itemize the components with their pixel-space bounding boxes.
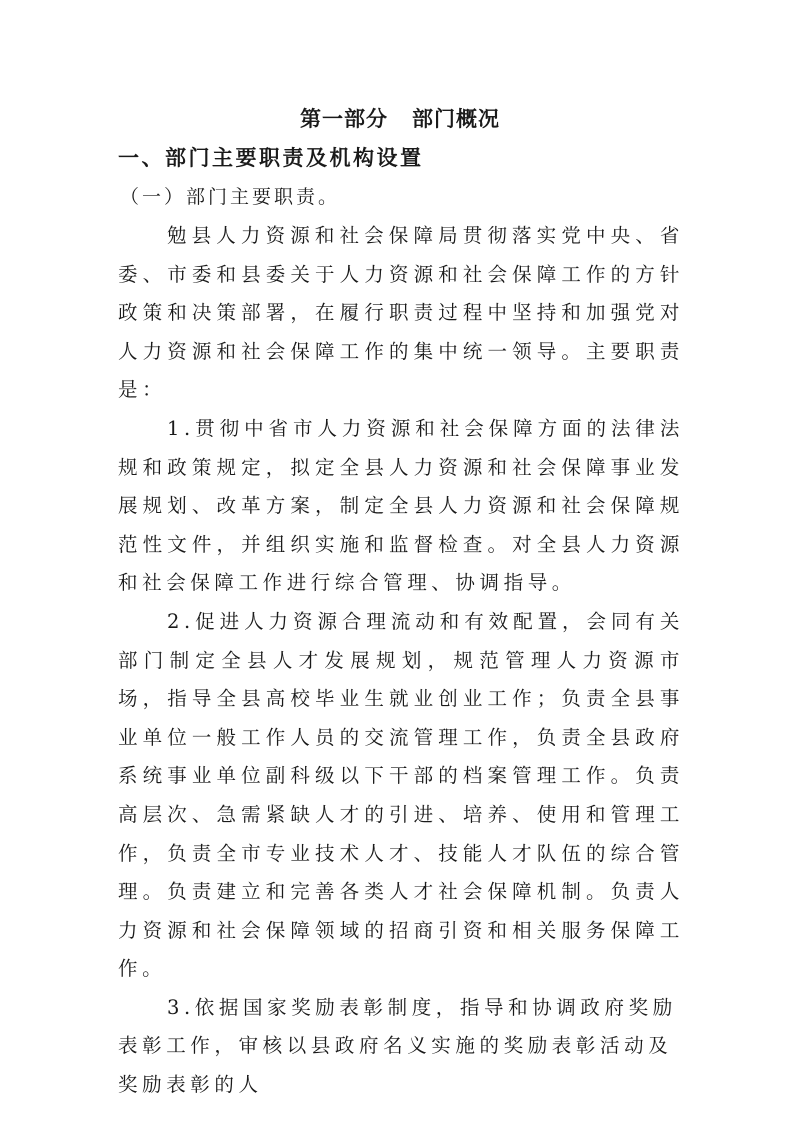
part-title-number: 第一部分	[300, 106, 388, 131]
duty-item-1: 1.贯彻中省市人力资源和社会保障方面的法律法规和政策规定，拟定全县人力资源和社会…	[118, 410, 684, 603]
subsection-heading: （一）部门主要职责。	[118, 178, 684, 217]
part-title: 第一部分部门概况	[116, 100, 684, 138]
duty-item-3: 3.依据国家奖励表彰制度，指导和协调政府奖励表彰工作，审核以县政府名义实施的奖励…	[118, 989, 684, 1105]
duty-item-2: 2.促进人力资源合理流动和有效配置，会同有关部门制定全县人才发展规划，规范管理人…	[118, 603, 684, 989]
intro-paragraph: 勉县人力资源和社会保障局贯彻落实党中央、省委、市委和县委关于人力资源和社会保障工…	[118, 217, 684, 410]
section-heading: 一、部门主要职责及机构设置	[118, 138, 684, 178]
part-title-name: 部门概况	[412, 106, 500, 131]
document-page: 第一部分部门概况 一、部门主要职责及机构设置 （一）部门主要职责。 勉县人力资源…	[118, 100, 684, 1105]
